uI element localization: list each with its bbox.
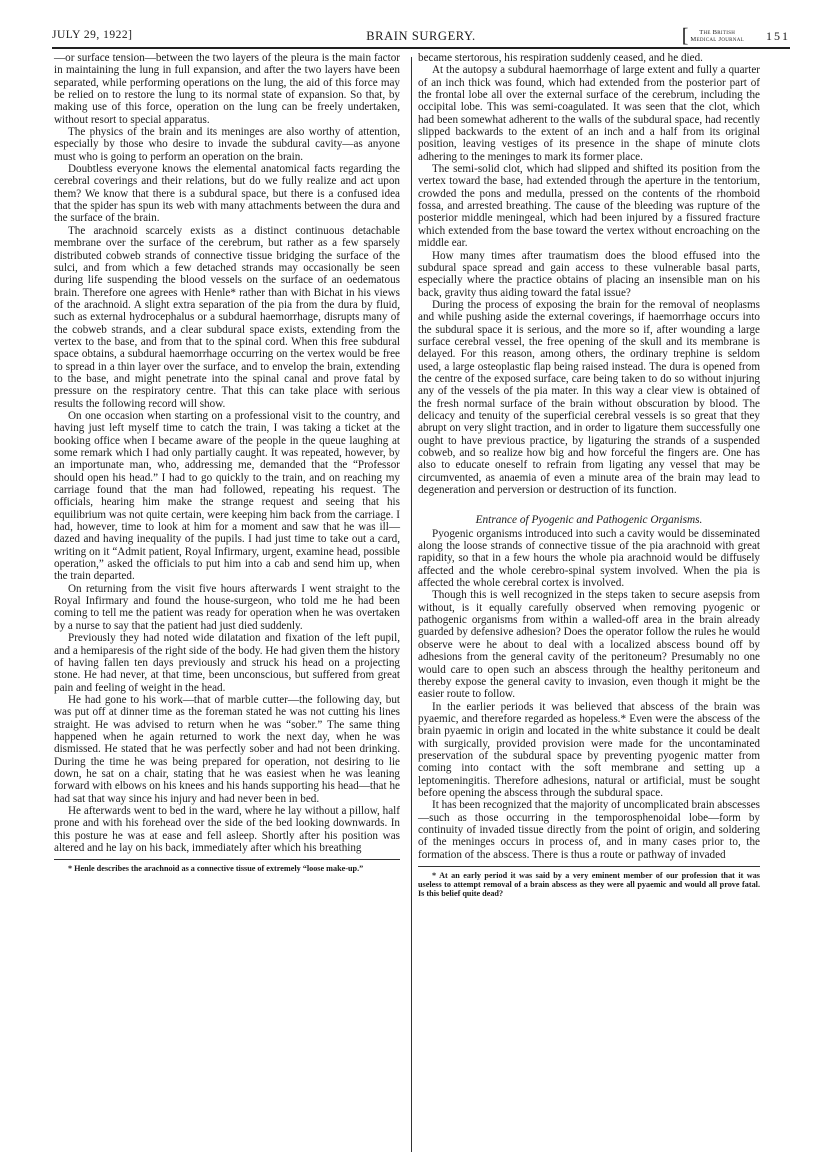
- page-header: JULY 29, 1922] BRAIN SURGERY. [ The Brit…: [52, 29, 790, 45]
- column-divider: [411, 57, 412, 1152]
- paragraph: The physics of the brain and its meninge…: [54, 126, 400, 163]
- paragraph: Though this is well recognized in the st…: [418, 589, 760, 700]
- page-number: 151: [766, 29, 790, 44]
- section-heading: Entrance of Pyogenic and Pathogenic Orga…: [418, 514, 760, 526]
- footnote-henle: * Henle describes the arachnoid as a con…: [54, 864, 400, 873]
- journal-masthead: [ The British Medical Journal 151: [682, 27, 790, 45]
- paragraph: At the autopsy a subdural haemorrhage of…: [418, 64, 760, 163]
- paragraph: During the process of exposing the brain…: [418, 299, 760, 497]
- paragraph: On one occasion when starting on a profe…: [54, 410, 400, 583]
- paragraph: In the earlier periods it was believed t…: [418, 701, 760, 800]
- right-column: became stertorous, his respiration sudde…: [418, 52, 760, 898]
- paragraph: He afterwards went to bed in the ward, w…: [54, 805, 400, 854]
- journal-name: The British Medical Journal: [690, 29, 744, 43]
- bracket-glyph: [: [682, 27, 689, 45]
- footnote-rule: [418, 866, 760, 867]
- journal-name-line1: The British: [699, 29, 735, 36]
- paragraph: He had gone to his work—that of marble c…: [54, 694, 400, 805]
- paragraph: became stertorous, his respiration sudde…: [418, 52, 760, 64]
- paragraph: It has been recognized that the majority…: [418, 799, 760, 861]
- paragraph: Doubtless everyone knows the elemental a…: [54, 163, 400, 225]
- paragraph: On returning from the visit five hours a…: [54, 583, 400, 632]
- footnote-rule: [54, 859, 400, 860]
- paragraph: The semi-solid clot, which had slipped a…: [418, 163, 760, 249]
- paragraph: How many times after traumatism does the…: [418, 250, 760, 299]
- journal-name-line2: Medical Journal: [690, 36, 744, 43]
- running-title: BRAIN SURGERY.: [52, 29, 790, 44]
- paragraph: Pyogenic organisms introduced into such …: [418, 528, 760, 590]
- paragraph: —or surface tension—between the two laye…: [54, 52, 400, 126]
- footnote-abscess: * At an early period it was said by a ve…: [418, 871, 760, 898]
- paragraph: The arachnoid scarcely exists as a disti…: [54, 225, 400, 410]
- paragraph: Previously they had noted wide dilatatio…: [54, 632, 400, 694]
- left-column: —or surface tension—between the two laye…: [54, 52, 400, 873]
- header-rule: [52, 47, 790, 49]
